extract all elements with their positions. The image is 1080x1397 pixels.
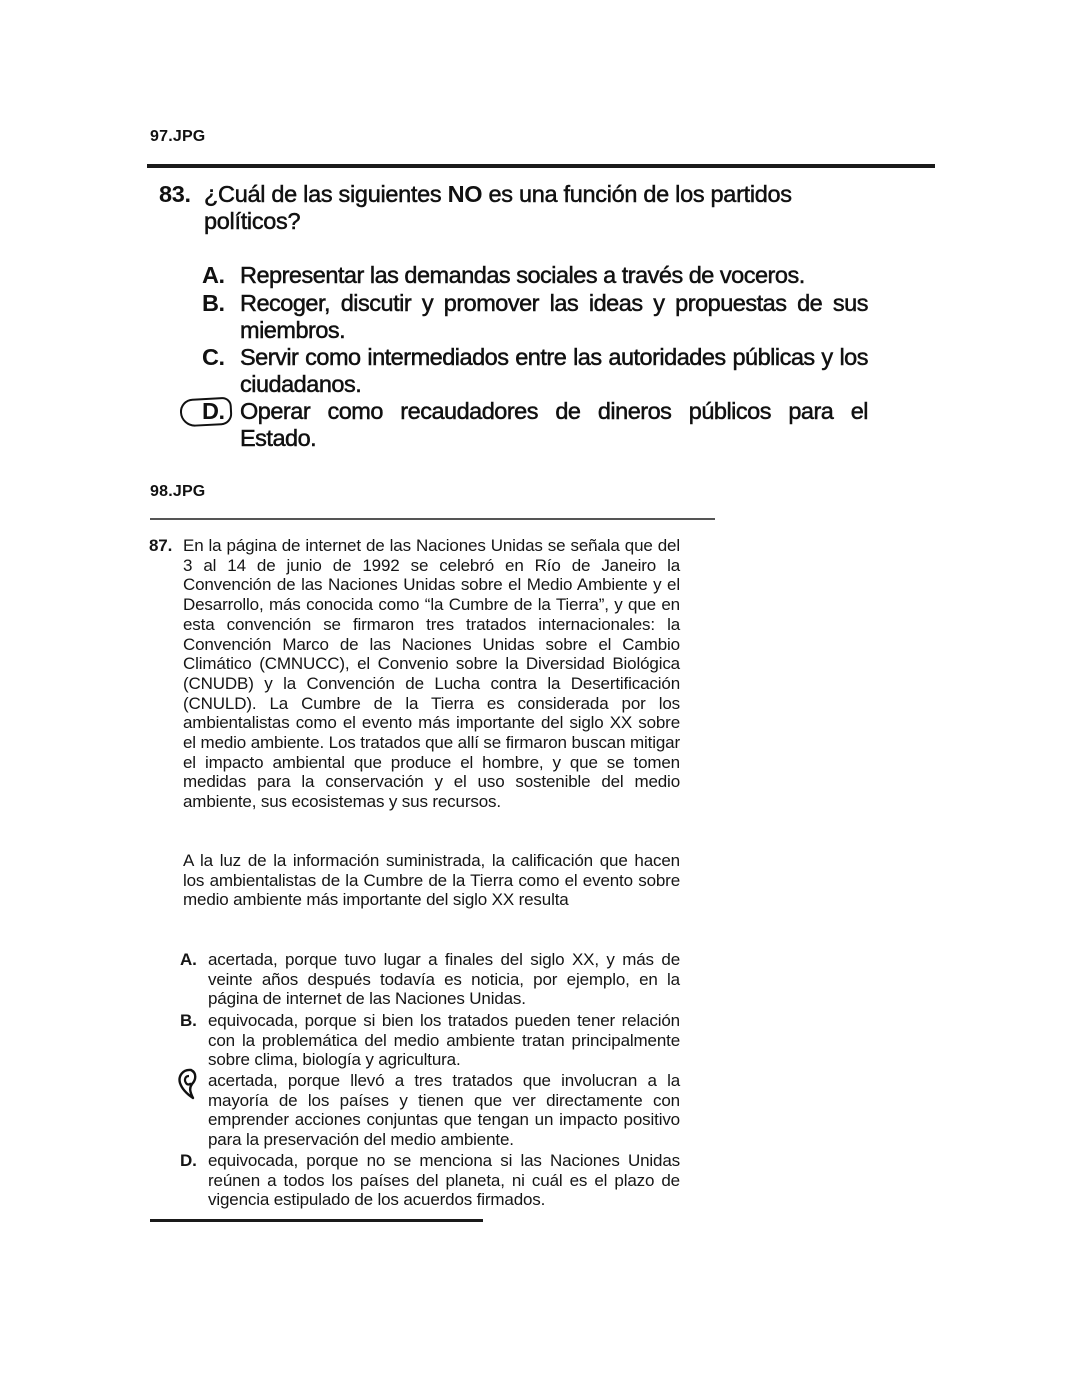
option-text: Servir como intermediados entre las auto… (240, 344, 868, 397)
question-87-option-c[interactable]: acertada, porque llevó a tres tratados q… (208, 1071, 680, 1150)
question-87-option-b[interactable]: B. equivocada, porque si bien los tratad… (208, 1011, 680, 1070)
section-divider-bottom (150, 1219, 483, 1222)
option-text: equivocada, porque no se menciona si las… (208, 1151, 680, 1209)
option-text: Recoger, discutir y promover las ideas y… (240, 290, 868, 343)
section-divider-middle (150, 518, 715, 520)
question-83-option-b[interactable]: B. Recoger, discutir y promover las idea… (240, 290, 868, 344)
answer-circle-mark-d (179, 397, 232, 428)
question-83-option-d[interactable]: D. Operar como recaudadores de dineros p… (240, 398, 868, 452)
option-text: Representar las demandas sociales a trav… (240, 262, 805, 288)
question-87-option-a[interactable]: A. acertada, porque tuvo lugar a finales… (208, 950, 680, 1009)
passage-text: En la página de internet de las Naciones… (183, 536, 680, 811)
question-87-option-d[interactable]: D. equivocada, porque no se menciona si … (208, 1151, 680, 1210)
section-divider-top (147, 164, 935, 168)
option-letter: B. (202, 290, 225, 317)
option-letter: D. (180, 1151, 197, 1171)
question-83-number: 83. (159, 181, 191, 208)
question-87-number: 87. (149, 536, 172, 556)
option-letter: A. (202, 262, 225, 289)
image-label-97: 97.JPG (150, 128, 205, 146)
option-text: Operar como recaudadores de dineros públ… (240, 398, 868, 451)
stem-emphasis: NO (448, 181, 483, 207)
option-text: equivocada, porque si bien los tratados … (208, 1011, 680, 1069)
option-text: acertada, porque tuvo lugar a finales de… (208, 950, 680, 1008)
answer-circle-mark-c (177, 1068, 201, 1100)
question-87-passage: 87. En la página de internet de las Naci… (183, 536, 680, 812)
question-87-prompt: A la luz de la información suministrada,… (183, 851, 680, 910)
question-83-option-c[interactable]: C. Servir como intermediados entre las a… (240, 344, 868, 398)
option-letter: A. (180, 950, 197, 970)
question-83-stem: ¿Cuál de las siguientes NO es una funció… (204, 181, 869, 235)
question-83-option-a[interactable]: A. Representar las demandas sociales a t… (240, 262, 870, 289)
circle-c-icon (177, 1068, 201, 1100)
option-text: acertada, porque llevó a tres tratados q… (208, 1071, 680, 1149)
image-label-98: 98.JPG (150, 483, 205, 501)
stem-text-before: ¿Cuál de las siguientes (204, 181, 448, 207)
option-letter: C. (202, 344, 225, 371)
option-letter: B. (180, 1011, 197, 1031)
